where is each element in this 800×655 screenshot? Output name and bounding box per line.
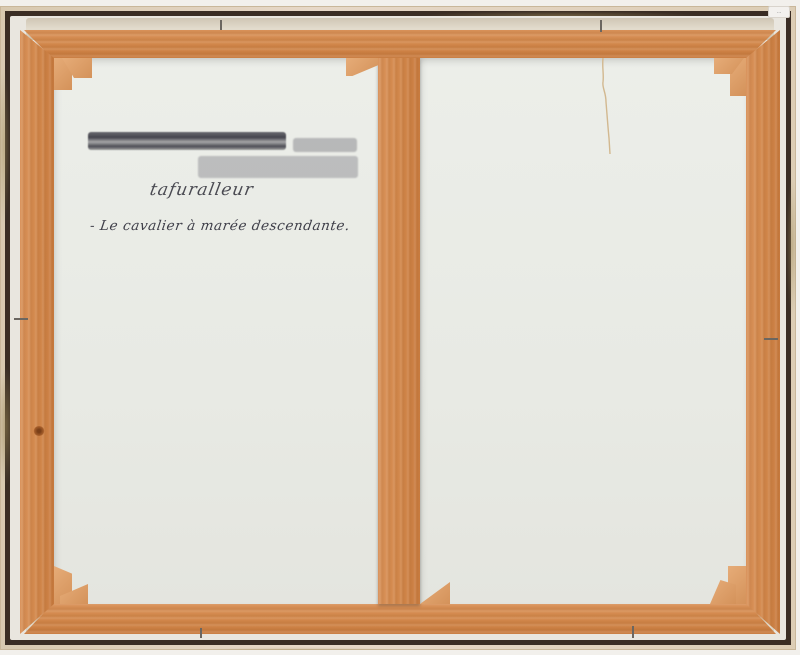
tack-nail (632, 626, 634, 638)
tack-nail (220, 20, 222, 30)
inventory-label: ... (768, 6, 790, 18)
canvas-crack (600, 58, 614, 158)
canvas-back-right-panel (420, 58, 746, 604)
tack-nail (764, 338, 778, 340)
erased-inscription (198, 156, 358, 178)
tack-nail (14, 318, 28, 320)
wood-knot (33, 426, 45, 436)
stretcher-bar-left (20, 30, 54, 634)
artist-signature: tafuralleur (148, 180, 255, 200)
stretcher-crossbar-center (378, 58, 420, 604)
tack-nail (200, 628, 202, 638)
stretcher-bar-bottom (24, 604, 776, 634)
erased-inscription (293, 138, 357, 152)
tack-nail (600, 20, 602, 32)
artwork-title-inscription: - Le cavalier à marée descendante. (89, 218, 351, 234)
stretcher-bar-top (24, 30, 776, 58)
crossed-out-inscription (88, 132, 286, 150)
stretcher-bar-right (746, 30, 780, 634)
